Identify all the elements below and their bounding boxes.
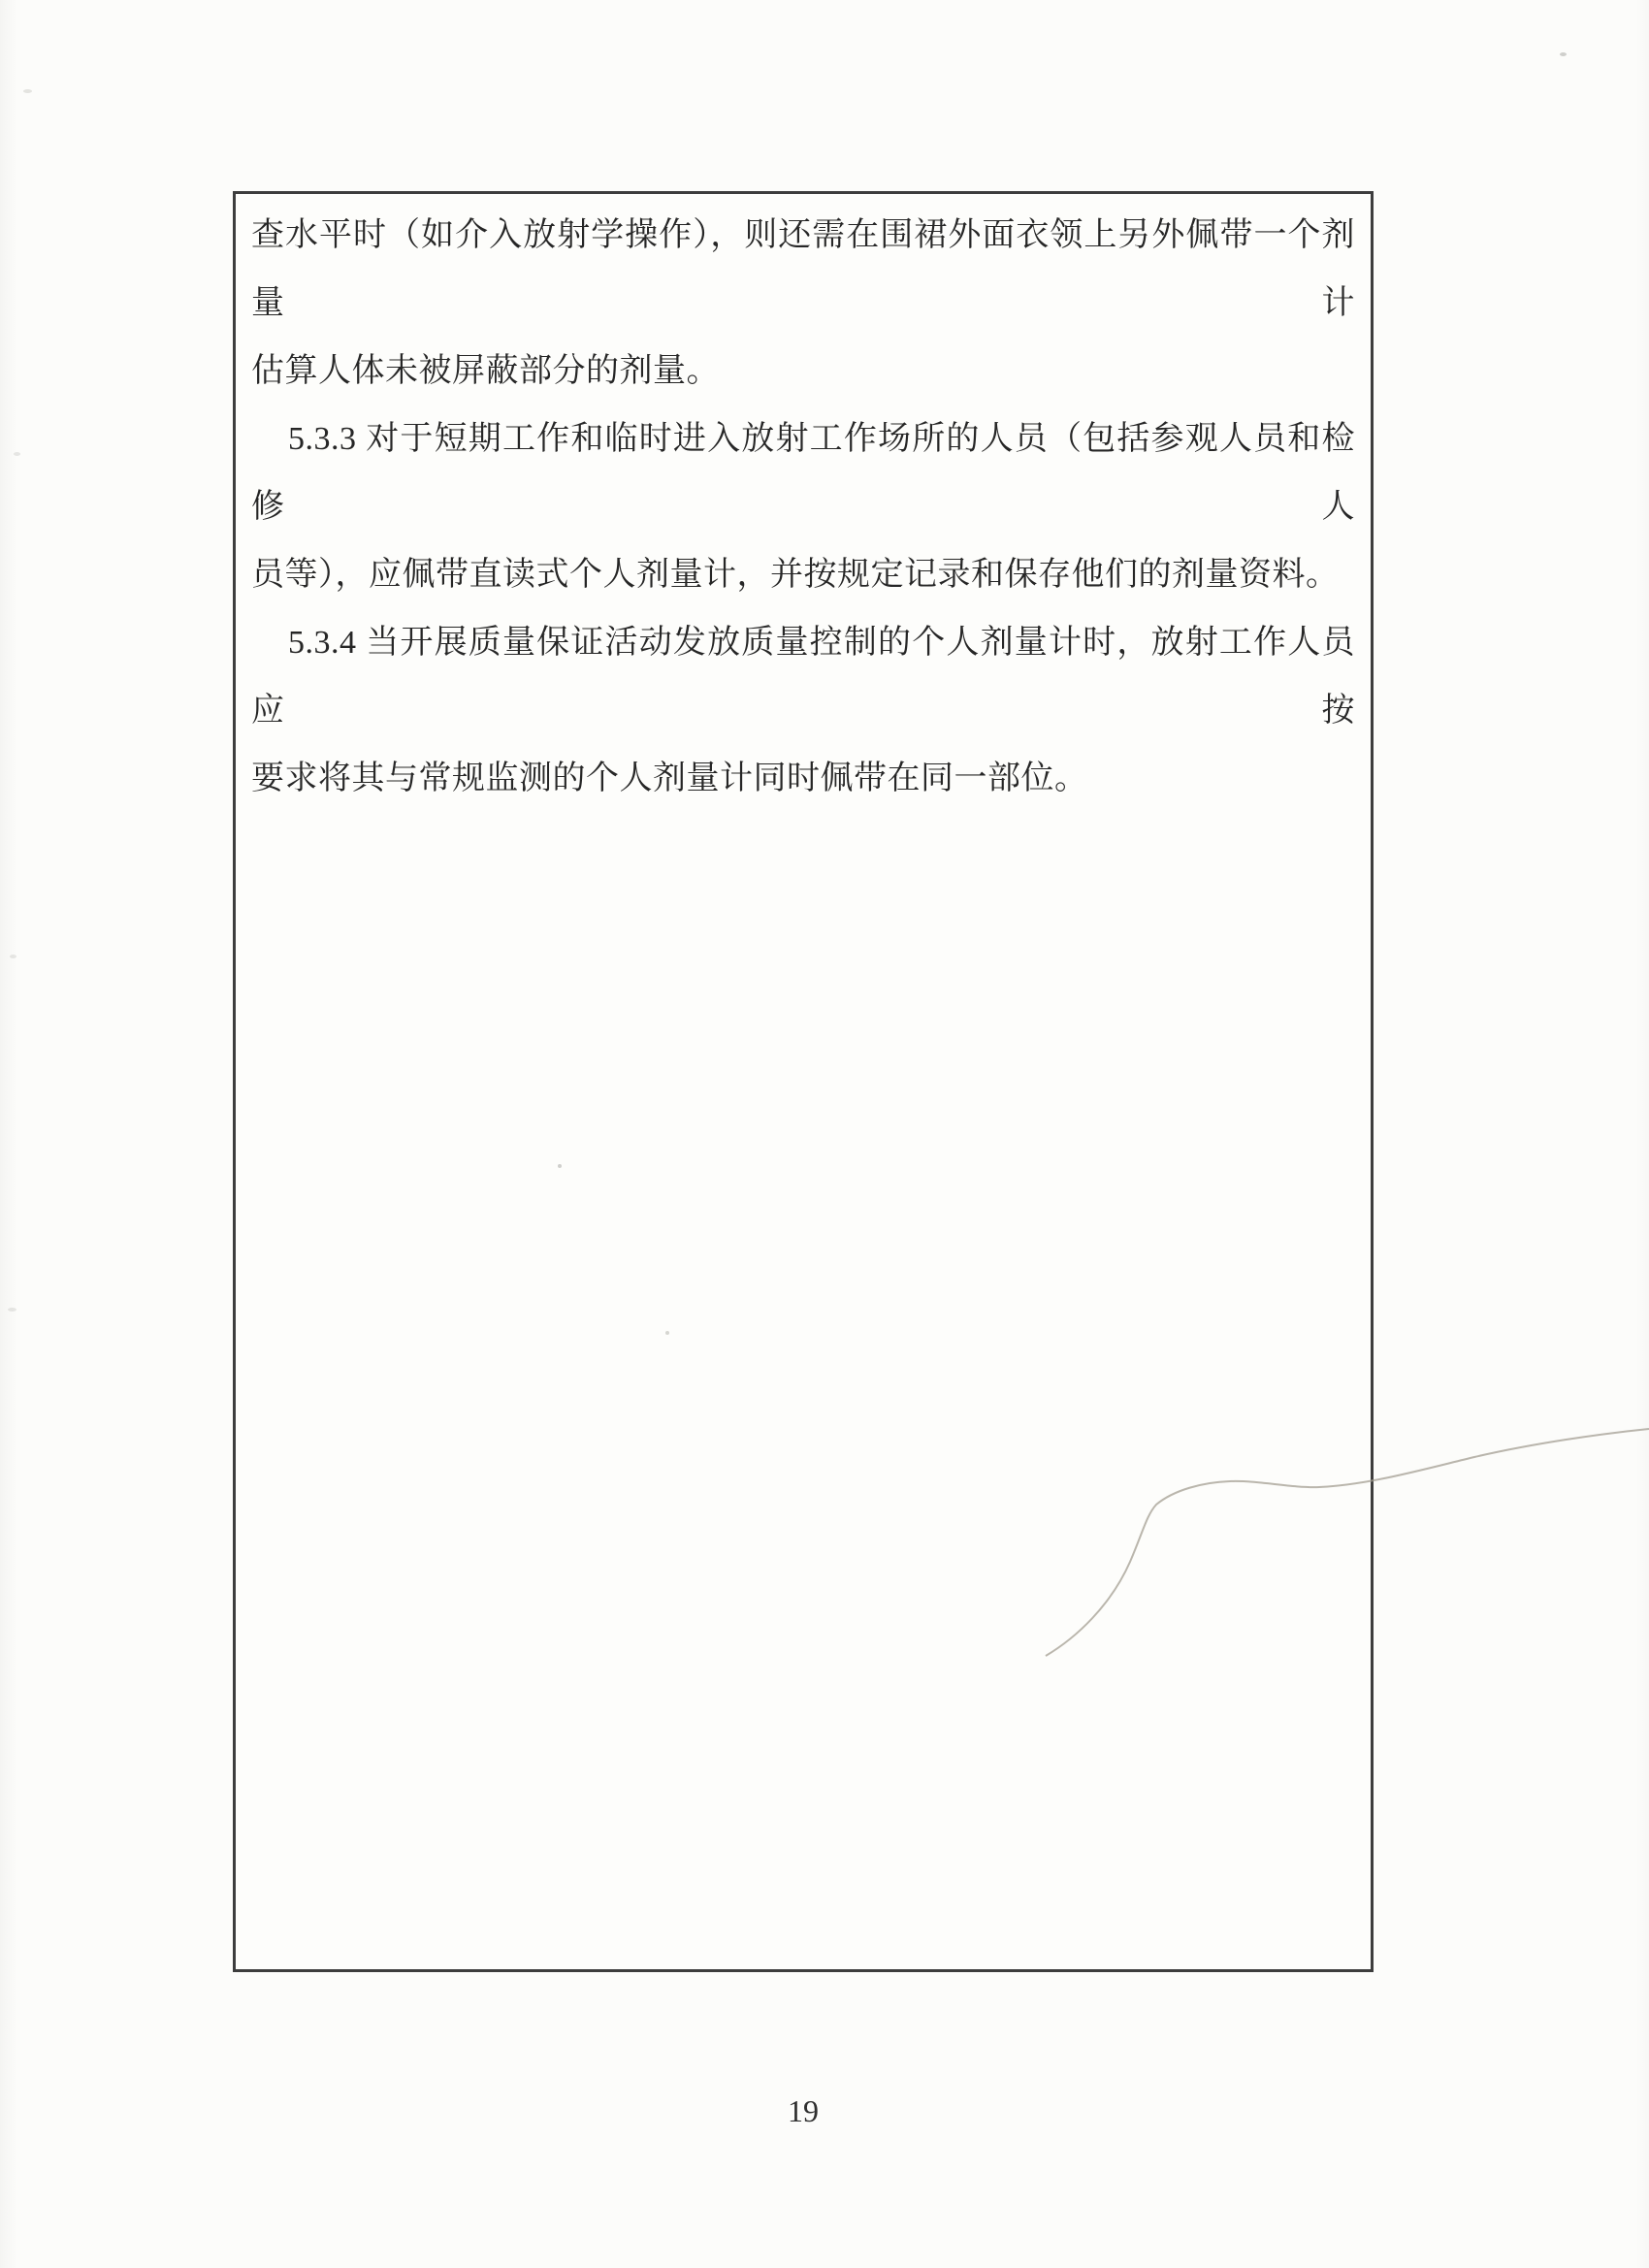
scan-speck: [23, 89, 32, 93]
text-line-6: 要求将其与常规监测的个人剂量计同时佩带在同一部位。: [251, 745, 1355, 813]
body-text: 查水平时（如介入放射学操作），则还需在围裙外面衣领上另外佩带一个剂量计 估算人体…: [236, 194, 1371, 813]
page-number: 19: [745, 2093, 861, 2129]
scanned-page: 查水平时（如介入放射学操作），则还需在围裙外面衣领上另外佩带一个剂量计 估算人体…: [0, 0, 1649, 2268]
scan-speck: [14, 452, 20, 456]
text-line-2: 估算人体未被屏蔽部分的剂量。: [251, 338, 1355, 405]
text-line-1: 查水平时（如介入放射学操作），则还需在围裙外面衣领上另外佩带一个剂量计: [251, 202, 1355, 338]
content-box-border: 查水平时（如介入放射学操作），则还需在围裙外面衣领上另外佩带一个剂量计 估算人体…: [233, 191, 1374, 1972]
scan-speck: [8, 1308, 16, 1312]
text-line-3-section-5-3-3: 5.3.3 对于短期工作和临时进入放射工作场所的人员（包括参观人员和检修人: [251, 405, 1355, 541]
scan-speck: [1560, 52, 1567, 56]
text-line-4: 员等），应佩带直读式个人剂量计，并按规定记录和保存他们的剂量资料。: [251, 541, 1355, 609]
text-line-5-section-5-3-4: 5.3.4 当开展质量保证活动发放质量控制的个人剂量计时，放射工作人员应按: [251, 609, 1355, 745]
scan-speck: [10, 955, 16, 958]
